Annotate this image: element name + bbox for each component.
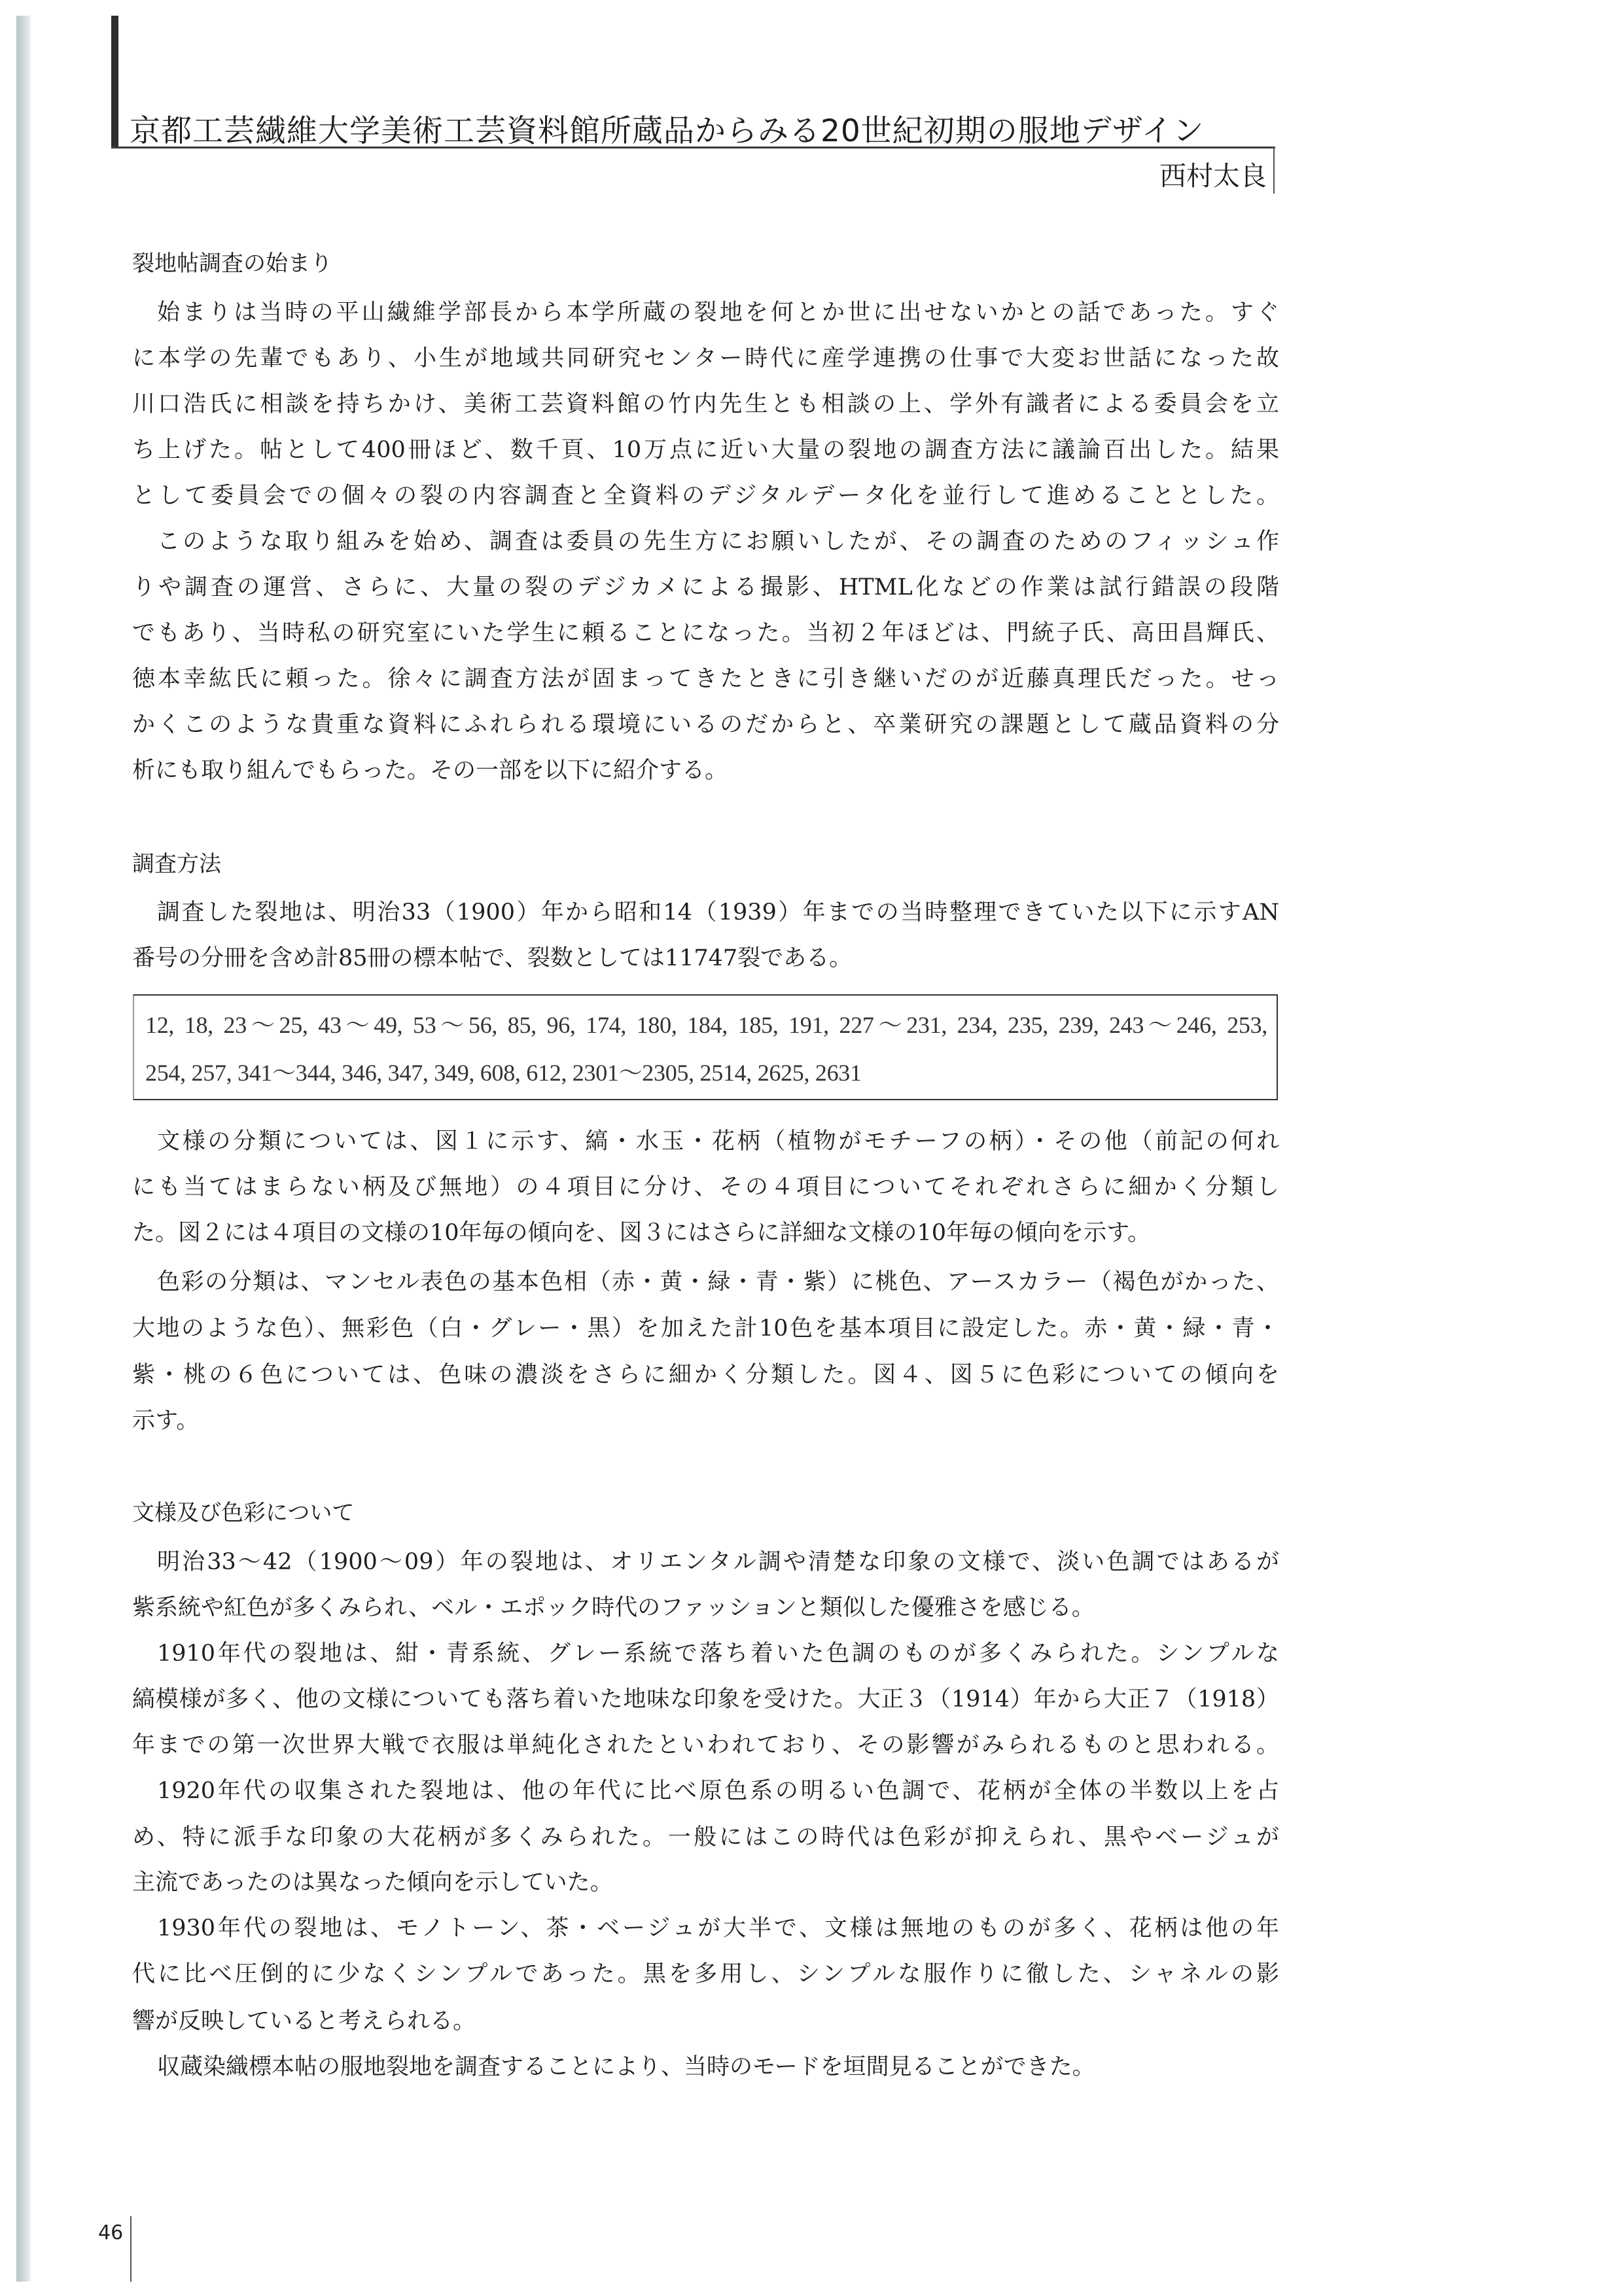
- body-line: 示す。: [132, 1406, 1279, 1435]
- body-line: 紫・桃の６色については、色味の濃淡をさらに細かく分類した。図４、図５に色彩につい…: [132, 1361, 1279, 1389]
- body-line: 年までの第一次世界大戦で衣服は単純化されたといわれており、その影響がみられるもの…: [132, 1731, 1279, 1760]
- body-line: 調査した裂地は、明治33（1900）年から昭和14（1939）年までの当時整理で…: [157, 898, 1279, 927]
- body-line: でもあり、当時私の研究室にいた学生に頼ることになった。当初２年ほどは、門統子氏、…: [132, 619, 1279, 648]
- body-line: 色彩の分類は、マンセル表色の基本色相（赤・黄・緑・青・紫）に桃色、アースカラー（…: [157, 1268, 1279, 1296]
- body-line: 縞模様が多く、他の文様についても落ち着いた地味な印象を受けた。大正３（1914）…: [132, 1685, 1279, 1714]
- body-line: 主流であったのは異なった傾向を示していた。: [132, 1868, 1279, 1897]
- body-line: 明治33〜42（1900〜09）年の裂地は、オリエンタル調や清楚な印象の文様で、…: [157, 1548, 1279, 1576]
- section-heading-patterns-colors: 文様及び色彩について: [132, 1500, 354, 1526]
- page-number: 46: [98, 2221, 123, 2244]
- body-line: 収蔵染織標本帖の服地裂地を調査することにより、当時のモードを垣間見ることができた…: [157, 2053, 1279, 2081]
- an-number-line: 12, 18, 23〜25, 43〜49, 53〜56, 85, 96, 174…: [145, 1011, 1267, 1039]
- body-line: 番号の分冊を含め計85冊の標本帖で、裂数としては11747裂である。: [132, 944, 1279, 973]
- body-line: 大地のような色）、無彩色（白・グレー・黒）を加えた計10色を基本項目に設定した。…: [132, 1314, 1279, 1343]
- body-line: 紫系統や紅色が多くみられ、ベル・エポック時代のファッションと類似した優雅さを感じ…: [132, 1593, 1279, 1622]
- author-side-rule: [1273, 147, 1275, 194]
- body-line: 析にも取り組んでもらった。その一部を以下に紹介する。: [132, 756, 1279, 785]
- section-heading-origins: 裂地帖調査の始まり: [132, 251, 332, 277]
- body-line: め、特に派手な印象の大花柄が多くみられた。一般にはこの時代は色彩が抑えられ、黒や…: [132, 1823, 1279, 1852]
- body-line: た。図２には４項目の文様の10年毎の傾向を、図３にはさらに詳細な文様の10年毎の…: [132, 1219, 1279, 1247]
- title-accent-bar: [111, 16, 118, 148]
- section-heading-method: 調査方法: [132, 851, 221, 877]
- author-name: 西村太良: [1150, 154, 1267, 193]
- article-title: 京都工芸繊維大学美術工芸資料館所蔵品からみる20世紀初期の服地デザイン: [130, 107, 1205, 150]
- body-line: 1920年代の収集された裂地は、他の年代に比べ原色系の明るい色調で、花柄が全体の…: [157, 1777, 1279, 1805]
- body-line: 響が反映していると考えられる。: [132, 2007, 1279, 2036]
- body-line: かくこのような貴重な資料にふれられる環境にいるのだからと、卒業研究の課題として蔵…: [132, 710, 1279, 739]
- body-line: として委員会での個々の裂の内容調査と全資料のデジタルデータ化を並行して進めること…: [132, 481, 1279, 510]
- body-line: このような取り組みを始め、調査は委員の先生方にお願いしたが、その調査のためのフィ…: [157, 527, 1279, 556]
- body-line: 代に比べ圧倒的に少なくシンプルであった。黒を多用し、シンプルな服作りに徹した、シ…: [132, 1960, 1279, 1989]
- body-line: 1910年代の裂地は、紺・青系統、グレー系統で落ち着いた色調のものが多くみられた…: [157, 1639, 1279, 1668]
- body-line: 始まりは当時の平山繊維学部長から本学所蔵の裂地を何とか世に出せないかとの話であっ…: [157, 298, 1279, 327]
- scan-gutter-shadow: [16, 16, 31, 2282]
- body-line: 川口浩氏に相談を持ちかけ、美術工芸資料館の竹内先生とも相談の上、学外有識者による…: [132, 390, 1279, 419]
- body-line: 1930年代の裂地は、モノトーン、茶・ベージュが大半で、文様は無地のものが多く、…: [157, 1914, 1279, 1943]
- body-line: 徳本幸紘氏に頼った。徐々に調査方法が固まってきたときに引き継いだのが近藤真理氏だ…: [132, 665, 1279, 693]
- body-line: りや調査の運営、さらに、大量の裂のデジカメによる撮影、HTML化などの作業は試行…: [132, 573, 1279, 602]
- body-line: にも当てはまらない柄及び無地）の４項目に分け、その４項目についてそれぞれさらに細…: [132, 1173, 1279, 1202]
- body-line: ち上げた。帖として400冊ほど、数千頁、10万点に近い大量の裂地の調査方法に議論…: [132, 436, 1279, 464]
- page-number-rule: [130, 2216, 132, 2282]
- an-number-line: 254, 257, 341〜344, 346, 347, 349, 608, 6…: [145, 1058, 862, 1087]
- body-line: に本学の先輩でもあり、小生が地域共同研究センター時代に産学連携の仕事で大変お世話…: [132, 344, 1279, 373]
- body-line: 文様の分類については、図１に示す、縞・水玉・花柄（植物がモチーフの柄）・その他（…: [157, 1127, 1279, 1156]
